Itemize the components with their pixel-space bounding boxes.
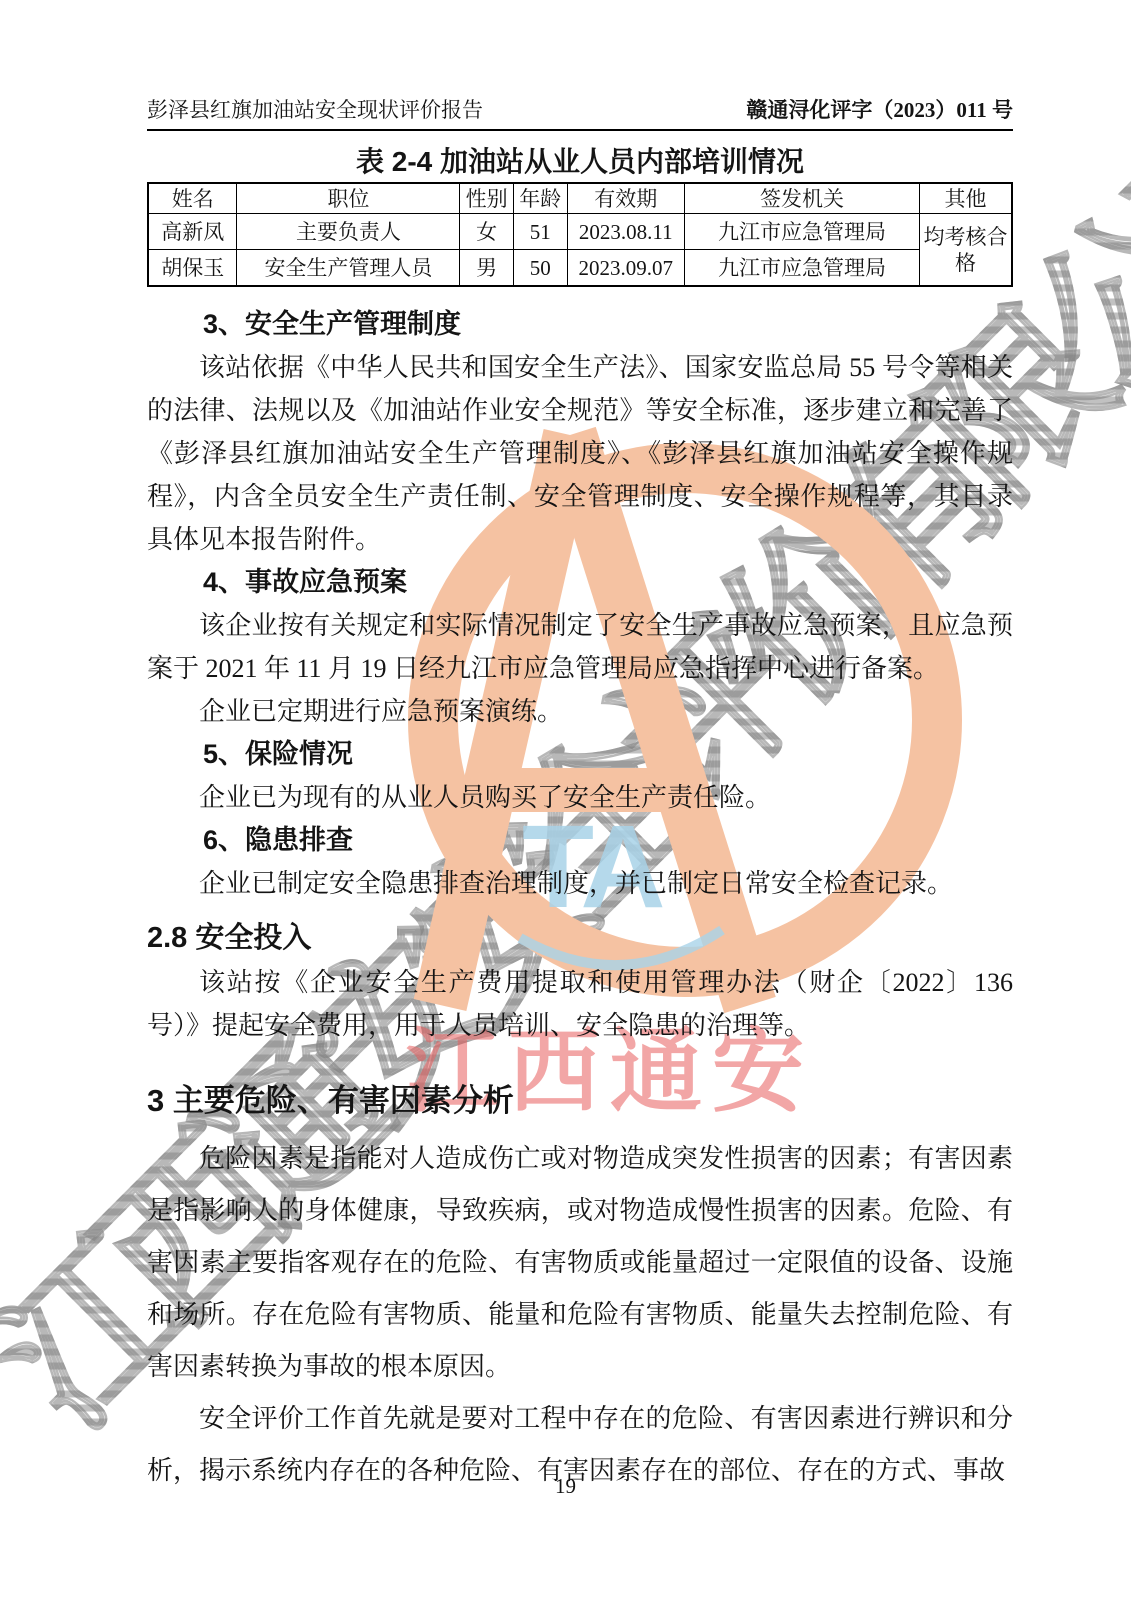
table-row: 高新凤 主要负责人 女 51 2023.08.11 九江市应急管理局 均考核合格 — [148, 214, 1012, 250]
section-4-paragraph-2: 企业已定期进行应急预案演练。 — [147, 690, 1013, 733]
cell-age: 51 — [513, 214, 567, 250]
table-row: 胡保玉 安全生产管理人员 男 50 2023.09.07 九江市应急管理局 — [148, 250, 1012, 287]
cell-valid-date: 2023.09.07 — [567, 250, 685, 287]
section-4-paragraph-1: 该企业按有关规定和实际情况制定了安全生产事故应急预案，且应急预案于 2021 年… — [147, 604, 1013, 690]
chapter-heading-3: 3 主要危险、有害因素分析 — [147, 1077, 1013, 1125]
page-header: 彭泽县红旗加油站安全现状评价报告 赣通浔化评字（2023）011 号 — [147, 0, 1013, 131]
section-heading-2-8: 2.8 安全投入 — [147, 915, 1013, 961]
cell-position: 安全生产管理人员 — [237, 250, 460, 287]
document-page: 江西通安安全评价有限公司 TA 江西通安 彭泽县红旗加油站安全现状评价报告 赣通… — [0, 0, 1131, 1600]
cell-name: 胡保玉 — [148, 250, 237, 287]
header-report-title: 彭泽县红旗加油站安全现状评价报告 — [147, 98, 483, 123]
col-header-valid-date: 有效期 — [567, 183, 685, 214]
cell-issuer: 九江市应急管理局 — [685, 214, 920, 250]
section-heading-4: 4、事故应急预案 — [147, 561, 1013, 604]
col-header-issuer: 签发机关 — [685, 183, 920, 214]
section-6-paragraph: 企业已制定安全隐患排查治理制度，并已制定日常安全检查记录。 — [147, 862, 1013, 905]
section-2-8-paragraph: 该站按《企业安全生产费用提取和使用管理办法（财企〔2022〕136 号）》提起安… — [147, 961, 1013, 1047]
col-header-other: 其他 — [920, 183, 1012, 214]
col-header-name: 姓名 — [148, 183, 237, 214]
cell-age: 50 — [513, 250, 567, 287]
page-content: 彭泽县红旗加油站安全现状评价报告 赣通浔化评字（2023）011 号 表 2-4… — [147, 0, 1013, 1497]
cell-gender: 男 — [460, 250, 514, 287]
section-5-paragraph: 企业已为现有的从业人员购买了安全生产责任险。 — [147, 776, 1013, 819]
col-header-position: 职位 — [237, 183, 460, 214]
table-title: 表 2-4 加油站从业人员内部培训情况 — [147, 145, 1013, 179]
col-header-gender: 性别 — [460, 183, 514, 214]
col-header-age: 年龄 — [513, 183, 567, 214]
section-heading-5: 5、保险情况 — [147, 733, 1013, 776]
cell-valid-date: 2023.08.11 — [567, 214, 685, 250]
cell-other-merged: 均考核合格 — [920, 214, 1012, 287]
body-sections: 3、安全生产管理制度 该站依据《中华人民共和国安全生产法》、国家安监总局 55 … — [147, 303, 1013, 1497]
chapter-3-paragraph-1: 危险因素是指能对人造成伤亡或对物造成突发性损害的因素；有害因素是指影响人的身体健… — [147, 1133, 1013, 1393]
header-document-number: 赣通浔化评字（2023）011 号 — [746, 98, 1013, 123]
page-number: 19 — [0, 1474, 1131, 1499]
table-header-row: 姓名 职位 性别 年龄 有效期 签发机关 其他 — [148, 183, 1012, 214]
training-table: 姓名 职位 性别 年龄 有效期 签发机关 其他 高新凤 主要负责人 女 51 2… — [147, 182, 1013, 287]
section-heading-6: 6、隐患排查 — [147, 819, 1013, 862]
section-3-paragraph: 该站依据《中华人民共和国安全生产法》、国家安监总局 55 号令等相关的法律、法规… — [147, 346, 1013, 561]
section-heading-3: 3、安全生产管理制度 — [147, 303, 1013, 346]
cell-issuer: 九江市应急管理局 — [685, 250, 920, 287]
cell-name: 高新凤 — [148, 214, 237, 250]
cell-gender: 女 — [460, 214, 514, 250]
cell-position: 主要负责人 — [237, 214, 460, 250]
